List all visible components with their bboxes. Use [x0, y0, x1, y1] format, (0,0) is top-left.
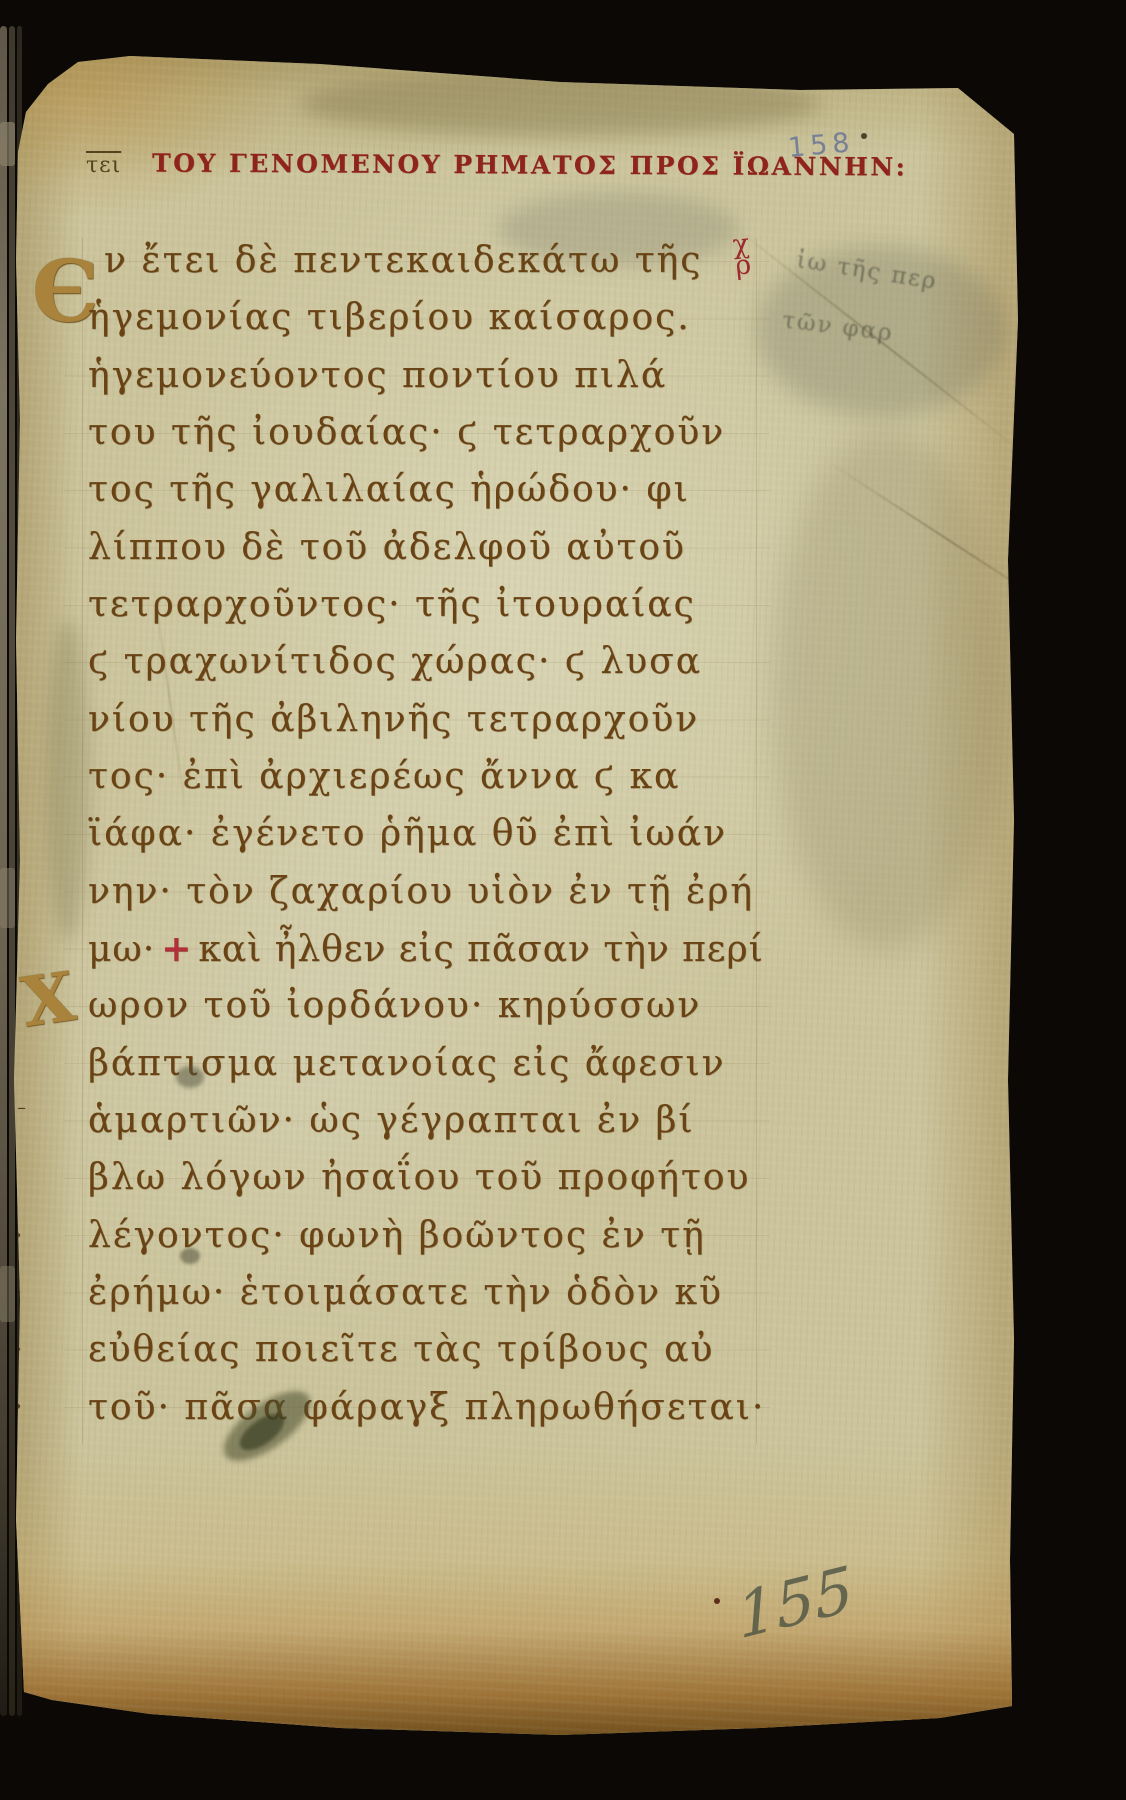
text-line: ἡγεμονεύοντος ποντίου πιλά [88, 355, 667, 396]
ink-smudge [180, 1248, 200, 1264]
text-line: τοῦ· πᾶσα φάραγξ πληρωθήσεται· [88, 1387, 765, 1428]
ruling-vertical-guide [82, 238, 83, 1444]
text-line: ἁμαρτιῶν· ὡς γέγραπται ἐν βί [88, 1100, 694, 1141]
text-line: νίου τῆς ἀβιληνῆς τετραρχοῦν [88, 699, 699, 740]
text-line: ν ἔτει δὲ πεντεκαιδεκάτω τῆς [104, 240, 702, 281]
leaf-edge-tab [0, 868, 15, 928]
line-13-pre: μω· [88, 929, 155, 970]
photo-backdrop: τει ΤΟΥ ΓΕΝΟΜΕΝΟΥ ΡΗΜΑΤΟΣ ΠΡΟΣ ΪΩΑΝΝΗΝ: … [0, 0, 1126, 1800]
text-line: βλω λόγων ἠσαΐου τοῦ προφήτου [88, 1157, 750, 1198]
text-line: τος τῆς γαλιλαίας ἡρώδου· φι [88, 469, 690, 510]
text-line: ἡγεμονίας τιβερίου καίσαρος. [88, 297, 691, 338]
text-line: ωρον τοῦ ἰορδάνου· κηρύσσων [88, 985, 701, 1026]
ink-fleck [861, 133, 867, 139]
monogram-rho: ρ [722, 253, 764, 278]
text-line: τος· ἐπὶ ἀρχιερέως ἄννα ϛ κα [88, 756, 680, 797]
text-line: ϊάφα· ἐγένετο ῥῆμα θῦ ἐπὶ ἰωάν [88, 813, 727, 854]
parchment-crease [1011, 44, 1070, 257]
left-margin-note: τει [86, 153, 121, 178]
folio-number-pencil: 158 [787, 127, 856, 164]
text-line: ϛ τραχωνίτιδος χώρας· ϛ λυσα [88, 641, 702, 682]
text-line: ἐρήμω· ἑτοιμάσατε τὴν ὁδὸν κῦ [88, 1272, 723, 1313]
ink-smudge [176, 1066, 204, 1088]
text-line: λέγοντος· φωνὴ βοῶντος ἐν τῇ [88, 1215, 706, 1256]
lection-start-monogram: χ ρ [720, 232, 764, 278]
text-line: τετραρχοῦντος· τῆς ἰτουραίας [88, 584, 696, 625]
ruling-vertical-guide [756, 238, 757, 1444]
discoloration-patch [772, 430, 1002, 950]
text-line: λίππου δὲ τοῦ ἀδελφοῦ αὐτοῦ [88, 527, 686, 568]
gold-initial-chi: Χ [17, 957, 80, 1044]
discoloration-patch [300, 72, 820, 136]
line-13-post: καὶ ἦλθεν εἰς πᾶσαν τὴν περί [198, 929, 763, 970]
text-line: εὐθείας ποιεῖτε τὰς τρίβους αὐ [88, 1329, 714, 1370]
text-line: του τῆς ἰουδαίας· ϛ τετραρχοῦν [88, 412, 725, 453]
rubric-title: ΤΟΥ ΓΕΝΟΜΕΝΟΥ ΡΗΜΑΤΟΣ ΠΡΟΣ ΪΩΑΝΝΗΝ: [152, 148, 732, 180]
red-lection-cross: + [155, 928, 198, 970]
leaf-edge-tab [0, 1266, 15, 1322]
text-line: νην· τὸν ζαχαρίου υἱὸν ἐν τῇ ἐρή [88, 871, 754, 912]
ink-fleck [330, 1285, 334, 1289]
leaf-edge-tab [0, 122, 15, 166]
text-line: μω·+καὶ ἦλθεν εἰς πᾶσαν τὴν περί [88, 928, 764, 970]
manuscript-page: τει ΤΟΥ ΓΕΝΟΜΕΝΟΥ ΡΗΜΑΤΟΣ ΠΡΟΣ ΪΩΑΝΝΗΝ: … [0, 0, 1126, 1800]
ink-fleck [714, 1598, 720, 1604]
